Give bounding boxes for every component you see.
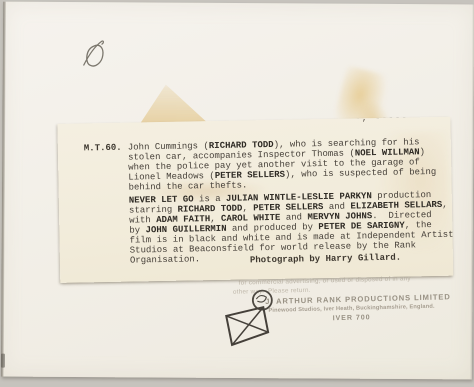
envelope-doodle — [221, 286, 279, 352]
pencil-mark — [79, 38, 109, 74]
paper-left-edge — [1, 2, 6, 377]
caption-credit: Photograph by Harry Gillard. — [250, 253, 401, 266]
caption-label: -, ----- M.T.60. John Cummings (RICHARD … — [57, 117, 453, 283]
caption-cutoff-fragment: -, ----- — [355, 117, 408, 124]
stamp-line-restriction-1: for commercial advertising, or used or d… — [239, 275, 411, 286]
caption-ref-number: M.T.60. — [84, 143, 122, 154]
paper-right-edge — [470, 4, 474, 379]
photo-back-paper: -, ----- M.T.60. John Cummings (RICHARD … — [1, 2, 474, 380]
paper-edge-nick — [1, 354, 5, 368]
caption-paragraphs: John Cummings (RICHARD TODD), who is sea… — [128, 137, 453, 266]
stamp-line-phone: IVER 700 — [333, 314, 371, 322]
photo-back-scan: -, ----- M.T.60. John Cummings (RICHARD … — [0, 0, 474, 387]
caption-paragraph: John Cummings (RICHARD TODD), who is sea… — [128, 137, 453, 193]
